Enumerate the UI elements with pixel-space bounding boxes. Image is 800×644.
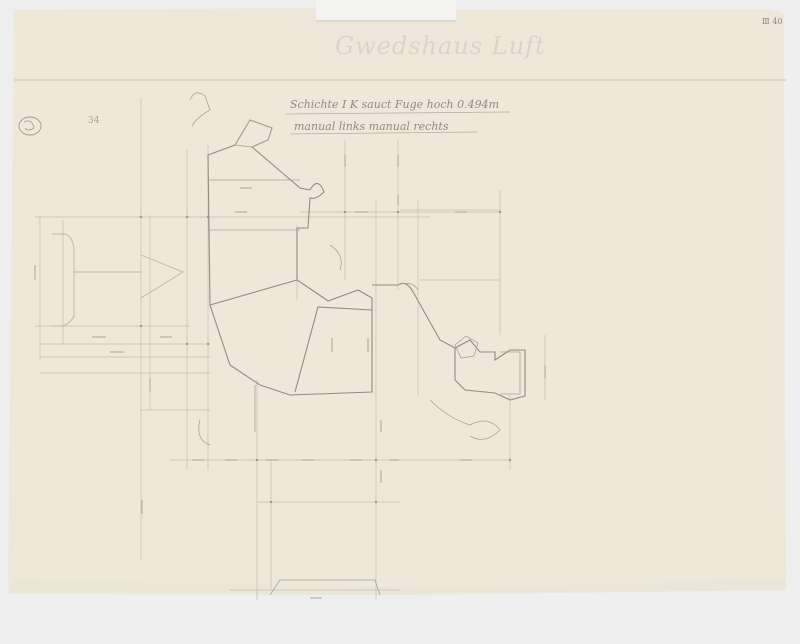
- mounting-tab: [316, 0, 456, 21]
- faint-title: Gwedshaus Luft: [335, 32, 546, 60]
- floor-plan-drawing: [0, 0, 800, 644]
- annotation-line-2: manual links manual rechts: [294, 120, 448, 133]
- drawing-sheet: [0, 0, 800, 644]
- corner-stamp: Ⅲ 40: [762, 17, 782, 26]
- sheet-mark: 34: [88, 116, 99, 126]
- annotation-line-1: Schichte I K sauct Fuge hoch 0.494m: [290, 98, 499, 111]
